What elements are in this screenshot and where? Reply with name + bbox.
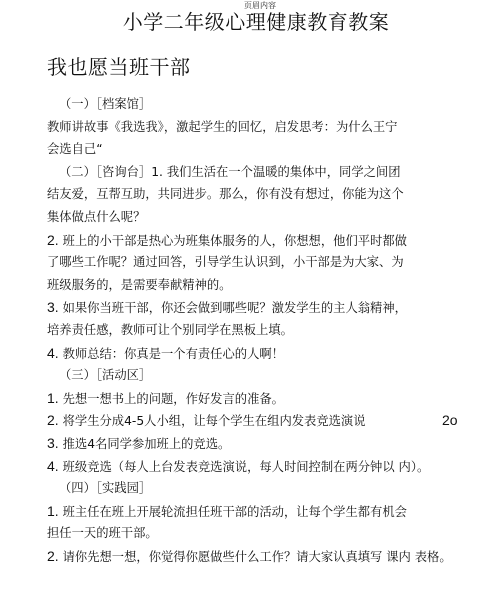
document-title: 小学二年级心理健康教育教案 <box>0 9 500 35</box>
item-number: 3 <box>47 299 55 315</box>
paragraph-line: 教师讲故事《我选我》，激起学生的回忆，启发思考：为什么王宁 <box>47 116 467 139</box>
item-number: 1 <box>47 503 55 519</box>
numbered-item: 2. 班上的小干部是热心为班集体服务的人，你想想，他们平时都做 <box>47 229 467 252</box>
numbered-item: 3. 如果你当班干部，你还会做到哪些呢？激发学生的主人翁精神， <box>47 296 467 319</box>
line-text: （一）［档案馆］ <box>59 97 151 111</box>
line-text: 集体做点什么呢？ <box>47 210 145 224</box>
line-text: （三）［活动区］ <box>59 368 151 382</box>
section-heading-practice: （四）［实践园］ <box>47 477 467 500</box>
numbered-item: 2. 请你先想一想，你觉得你愿做些什么工作？请大家认真填写 课内 表格。 <box>47 545 467 568</box>
line-text: . 请你先想一想，你觉得你愿做些什么工作？请大家认真填写 课内 表格。 <box>55 550 452 564</box>
line-text: . 班主任在班上开展轮流担任班干部的活动，让每个学生都有机会 <box>55 505 407 519</box>
side-note: 2o <box>442 409 458 432</box>
item-number: 4 <box>47 458 55 474</box>
line-text: （四）［实践园］ <box>59 481 151 495</box>
line-text: 班级服务的，是需要奉献精神的。 <box>47 278 231 292</box>
paragraph-line: 培养责任感，教师可让个别同学在黑板上填。 <box>47 319 467 342</box>
paragraph-line: 集体做点什么呢？ <box>47 206 467 229</box>
numbered-item: 4. 教师总结：你真是一个有责任心的人啊！ <box>47 342 467 365</box>
line-text: 了哪些工作呢？通过回答，引导学生认识到，小干部是为大家、为 <box>47 255 404 269</box>
paragraph-line: 会选自己“ <box>47 138 467 161</box>
line-text: （二）［咨询台］1. 我们生活在一个温暖的集体中，同学之间团 <box>59 165 401 179</box>
numbered-item: 4. 班级竞选（每人上台发表竞选演说，每人时间控制在两分钟以 内）。 <box>47 455 467 478</box>
item-number: 2 <box>47 232 55 248</box>
line-text: . 班上的小干部是热心为班集体服务的人，你想想，他们平时都做 <box>55 234 407 248</box>
lesson-title: 我也愿当班干部 <box>47 54 191 80</box>
paragraph-line: 了哪些工作呢？通过回答，引导学生认识到，小干部是为大家、为 <box>47 251 467 274</box>
line-text: . 班级竞选（每人上台发表竞选演说，每人时间控制在两分钟以 内）。 <box>55 460 429 474</box>
line-text: . 推选4名同学参加班上的竞选。 <box>55 437 231 451</box>
numbered-item: 2. 将学生分成4-5人小组，让每个学生在组内发表竞选演说2o <box>47 409 467 432</box>
item-number: 4 <box>47 345 55 361</box>
section-heading-consult: （二）［咨询台］1. 我们生活在一个温暖的集体中，同学之间团 <box>47 161 467 184</box>
paragraph-line: 班级服务的，是需要奉献精神的。 <box>47 274 467 297</box>
document-body: （一）［档案馆］ 教师讲故事《我选我》，激起学生的回忆，启发思考：为什么王宁 会… <box>47 93 467 567</box>
line-text: 担任一天的班干部。 <box>47 526 158 540</box>
line-text: 会选自己“ <box>47 142 103 156</box>
line-text: . 将学生分成4-5人小组，让每个学生在组内发表竞选演说 <box>55 414 366 428</box>
numbered-item: 1. 先想一想书上的问题，作好发言的准备。 <box>47 387 467 410</box>
line-text: 教师讲故事《我选我》，激起学生的回忆，启发思考：为什么王宁 <box>47 120 397 134</box>
paragraph-line: 担任一天的班干部。 <box>47 522 467 545</box>
line-text: . 先想一想书上的问题，作好发言的准备。 <box>55 392 284 406</box>
line-text: . 教师总结：你真是一个有责任心的人啊！ <box>55 347 284 361</box>
line-text: 培养责任感，教师可让个别同学在黑板上填。 <box>47 323 293 337</box>
section-heading-activity: （三）［活动区］ <box>47 364 467 387</box>
line-text: 结友爱，互帮互助，共同进步。那么，你有没有想过，你能为这个 <box>47 187 404 201</box>
numbered-item: 3. 推选4名同学参加班上的竞选。 <box>47 432 467 455</box>
item-number: 1 <box>47 390 55 406</box>
line-text: . 如果你当班干部，你还会做到哪些呢？激发学生的主人翁精神， <box>55 301 407 315</box>
paragraph-line: 结友爱，互帮互助，共同进步。那么，你有没有想过，你能为这个 <box>47 183 467 206</box>
item-number: 2 <box>47 412 55 428</box>
item-number: 2 <box>47 548 55 564</box>
section-heading-archive: （一）［档案馆］ <box>47 93 467 116</box>
item-number: 3 <box>47 435 55 451</box>
numbered-item: 1. 班主任在班上开展轮流担任班干部的活动，让每个学生都有机会 <box>47 500 467 523</box>
